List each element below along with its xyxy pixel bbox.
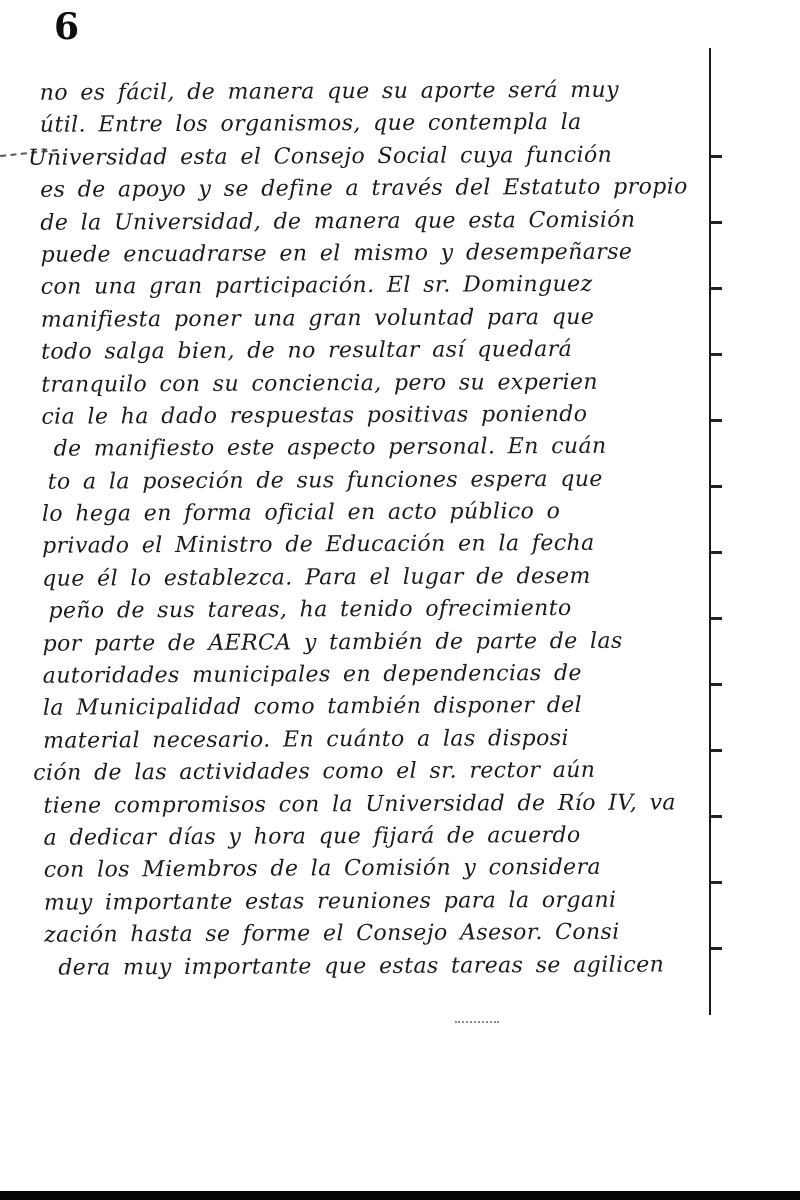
handwritten-line: material necesario. En cuánto a las disp… [43,722,705,758]
ruled-edge-ticks [711,92,722,1012]
handwritten-line: zación hasta se forme el Consejo Asesor.… [44,916,706,952]
handwritten-line: tranquilo con su conciencia, pero su exp… [41,366,703,402]
smudge-mark [455,1021,499,1023]
handwritten-line: peño de sus tareas, ha tenido ofrecimien… [48,593,704,629]
handwritten-line: lo hega en forma oficial en acto público… [42,495,704,531]
handwritten-line: que él lo establezca. Para el lugar de d… [42,560,704,596]
handwritten-line: privado el Ministro de Educación en la f… [42,528,704,564]
handwritten-line: tiene compromisos con la Universidad de … [43,787,705,823]
page-number: 6 [54,6,79,48]
handwritten-line: de la Universidad, de manera que esta Co… [40,204,702,240]
handwritten-line: to a la poseción de sus funciones espera… [48,463,704,499]
handwritten-line: útil. Entre los organismos, que contempl… [40,107,702,143]
handwritten-line: a dedicar días y hora que fijará de acue… [44,819,706,855]
handwritten-line: Universidad esta el Consejo Social cuya … [28,139,702,175]
handwritten-line: es de apoyo y se define a través del Est… [40,171,702,207]
handwritten-line: todo salga bien, de no resultar así qued… [41,333,703,369]
handwritten-line: con los Miembros de la Comisión y consid… [44,852,706,888]
handwritten-line: dera muy importante que estas tareas se … [58,949,706,985]
scan-edge-bar [0,1191,800,1200]
handwritten-line: no es fácil, de manera que su aporte ser… [40,74,702,110]
handwritten-text-block: no es fácil, de manera que su aporte ser… [40,74,707,984]
scanned-page: 6 no es fácil, de manera que su aporte s… [0,0,800,1200]
handwritten-line: manifiesta poner una gran voluntad para … [41,301,703,337]
handwritten-line: con una gran participación. El sr. Domin… [41,269,703,305]
handwritten-line: de manifiesto este aspecto personal. En … [53,431,703,467]
handwritten-line: autoridades municipales en dependencias … [43,657,705,693]
handwritten-line: cia le ha dado respuestas positivas poni… [41,398,703,434]
handwritten-line: muy importante estas reuniones para la o… [44,884,706,920]
handwritten-line: la Municipalidad como también disponer d… [43,690,705,726]
handwritten-line: puede encuadrarse en el mismo y desempeñ… [40,236,702,272]
handwritten-line: por parte de AERCA y también de parte de… [43,625,705,661]
handwritten-line: ción de las actividades como el sr. rect… [33,754,705,790]
